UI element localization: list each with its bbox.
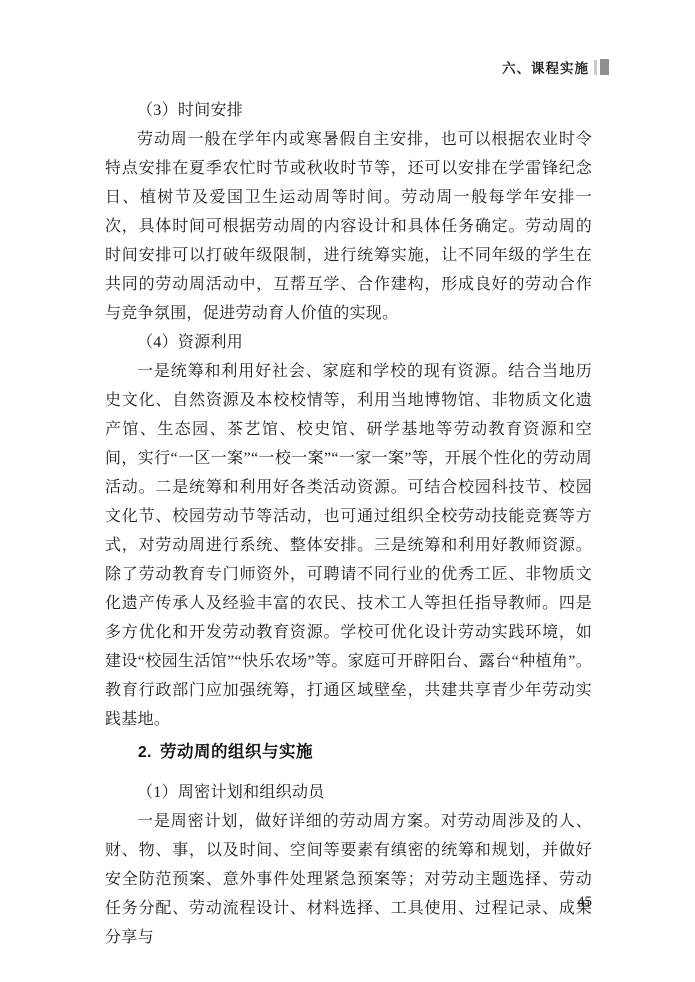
section-heading-labor-week: 2.劳动周的组织与实施 <box>105 738 592 767</box>
subsection-heading-plan-mobilize: （1）周密计划和组织动员 <box>105 778 592 807</box>
section-title: 劳动周的组织与实施 <box>160 743 313 761</box>
document-page: 六、课程实施 （3）时间安排 劳动周一般在学年内或寒暑假自主安排，也可以根据农业… <box>0 0 695 982</box>
subsection-heading-time-arrangement: （3）时间安排 <box>105 96 592 125</box>
page-content: （3）时间安排 劳动周一般在学年内或寒暑假自主安排，也可以根据农业时令特点安排在… <box>105 96 592 952</box>
paragraph-plan-mobilize: 一是周密计划，做好详细的劳动周方案。对劳动周涉及的人、财、物、事，以及时间、空间… <box>105 807 592 952</box>
header-bar-thick-icon <box>600 59 609 75</box>
page-number: 45 <box>577 894 592 911</box>
chapter-header-title: 六、课程实施 <box>502 57 589 77</box>
subsection-heading-resource-use: （4）资源利用 <box>105 328 592 357</box>
paragraph-time-arrangement: 劳动周一般在学年内或寒暑假自主安排，也可以根据农业时令特点安排在夏季农忙时节或秋… <box>105 125 592 328</box>
header-bar-thin-icon <box>594 60 597 75</box>
section-number: 2. <box>138 744 152 761</box>
paragraph-resource-use: 一是统筹和利用好社会、家庭和学校的现有资源。结合当地历史文化、自然资源及本校校情… <box>105 357 592 734</box>
header-decoration <box>594 59 609 75</box>
running-header: 六、课程实施 <box>502 57 609 77</box>
